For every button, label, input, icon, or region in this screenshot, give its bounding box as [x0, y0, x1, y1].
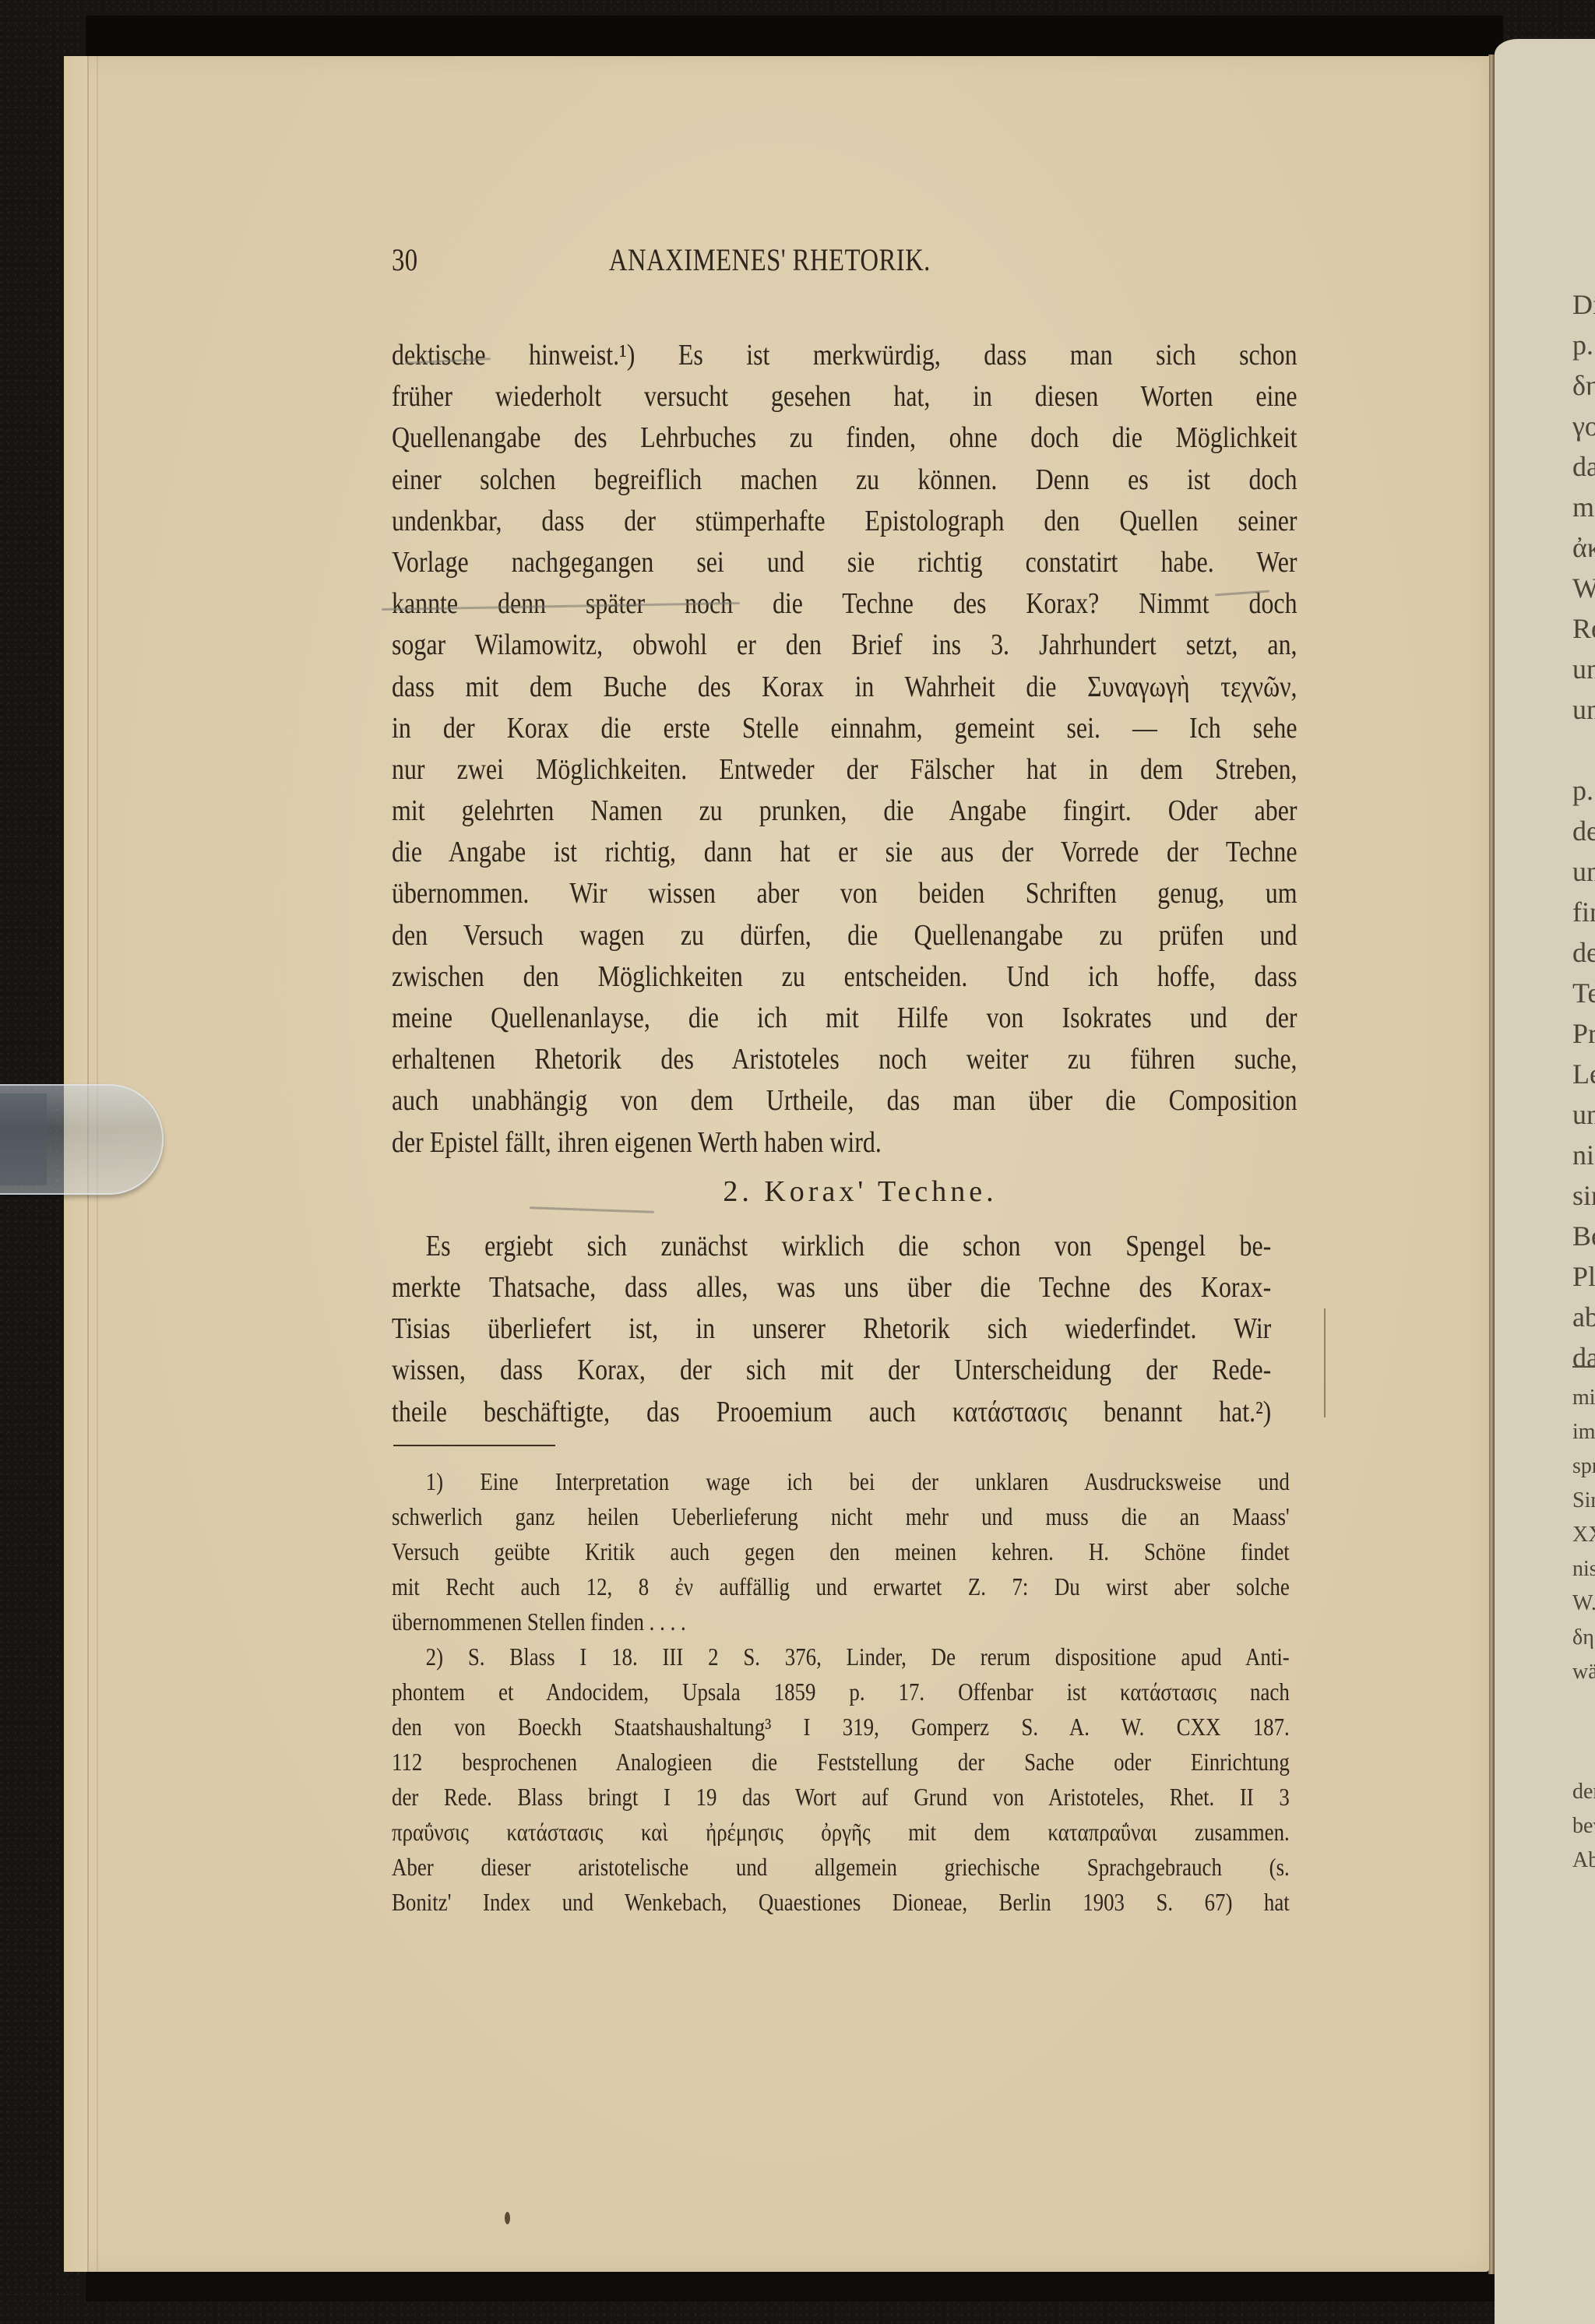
text-line: der Epistel fällt, ihren eigenen Werth h… [392, 1122, 1297, 1164]
next-page-footnote-fragment: spre [1572, 1454, 1595, 1479]
text-line: auch unabhängig von dem Urtheile, das ma… [392, 1080, 1297, 1122]
next-page-text-fragment: uns [1572, 653, 1595, 685]
text-line: meine Quellenanlayse, die ich mit Hilfe … [392, 998, 1297, 1039]
footnotes: 1) Eine Interpretation wage ich bei der … [392, 1464, 1297, 1920]
text-line: wissen, dass Korax, der sich mit der Unt… [392, 1350, 1271, 1391]
text-line: die Angabe ist richtig, dann hat er sie … [392, 832, 1297, 873]
text-line: dektische hinweist.¹) Es ist merkwürdig,… [392, 335, 1297, 376]
footnote-line: πραΰνσις κατάστασις καὶ ἠρέμησις ὀργῆς m… [392, 1815, 1290, 1850]
next-page-footnote-fragment: nisc [1572, 1557, 1595, 1582]
section-title: 2. Korax' Techne. [392, 1164, 1297, 1226]
next-page-text-fragment: We [1572, 572, 1595, 604]
text-line: in der Korax die erste Stelle einnahm, g… [392, 708, 1297, 749]
next-page-footnote-fragment: dern [1572, 1780, 1595, 1805]
next-page-edge: Dip.δηγοdasmitἀκWeReunsundp. 3denundfing… [1495, 39, 1595, 2324]
text-line: früher wiederholt versucht gesehen hat, … [392, 376, 1297, 417]
footnote-line: 2) S. Blass I 18. III 2 S. 376, Linder, … [392, 1639, 1290, 1674]
footnote-line: 1) Eine Interpretation wage ich bei der … [392, 1464, 1290, 1499]
footnote-line: phontem et Andocidem, Upsala 1859 p. 17.… [392, 1674, 1290, 1710]
next-page-text-fragment: Plat [1572, 1260, 1595, 1293]
paragraph-1: dektische hinweist.¹) Es ist merkwürdig,… [392, 335, 1297, 1164]
footnote-rule [393, 1445, 555, 1446]
text-line: Vorlage nachgegangen sei und sie richtig… [392, 542, 1297, 583]
next-page-text-fragment: γο [1572, 410, 1595, 442]
text-line: nur zwei Möglichkeiten. Entweder der Fäl… [392, 749, 1297, 791]
next-page-text-fragment: Di [1572, 288, 1595, 321]
book-bottom-shadow [86, 2270, 1565, 2301]
text-line: Quellenangabe des Lehrbuches zu finden, … [392, 417, 1297, 459]
running-head-title: ANAXIMENES' RHETORIK. [609, 241, 931, 278]
footnote-line: Bonitz' Index und Wenkebach, Quaestiones… [392, 1885, 1290, 1920]
page-content: 30 ANAXIMENES' RHETORIK. dektische hinwe… [392, 234, 1297, 280]
book-top-shadow [86, 16, 1503, 62]
text-line: mit gelehrten Namen zu prunken, die Anga… [392, 791, 1297, 832]
book-gutter [1488, 55, 1495, 2274]
next-page-footnote-fragment: XXV [1572, 1523, 1595, 1548]
next-page-text-fragment: den [1572, 936, 1595, 969]
text-line: zwischen den Möglichkeiten zu entscheide… [392, 956, 1297, 998]
next-page-text-fragment: fing [1572, 896, 1595, 928]
footnote-line: Versuch geübte Kritik auch gegen den mei… [392, 1534, 1290, 1569]
next-page-text-fragment: das [1572, 1341, 1595, 1374]
next-page-text-fragment: Pro [1572, 1017, 1595, 1050]
clip-shadow [0, 1093, 47, 1185]
next-page-footnote-fragment: im I [1572, 1420, 1595, 1445]
footnote-line: übernommenen Stellen finden . . . . [392, 1604, 1290, 1639]
body-text: dektische hinweist.¹) Es ist merkwürdig,… [392, 335, 1297, 1433]
text-line: erhaltenen Rhetorik des Aristoteles noch… [392, 1039, 1297, 1080]
next-page-text-fragment: mit [1572, 491, 1595, 523]
text-line: einer solchen begreiflich machen zu könn… [392, 460, 1297, 501]
footnote-line: der Rede. Blass bringt I 19 das Wort auf… [392, 1780, 1290, 1815]
text-line: dass mit dem Buche des Korax in Wahrheit… [392, 667, 1297, 708]
next-page-text-fragment: und [1572, 1098, 1595, 1131]
text-line: merkte Thatsache, dass alles, was uns üb… [392, 1267, 1271, 1308]
text-line: übernommen. Wir wissen aber von beiden S… [392, 873, 1297, 914]
ink-spot [505, 2212, 510, 2224]
next-page-text-fragment: δη [1572, 369, 1595, 402]
footnote-2: 2) S. Blass I 18. III 2 S. 376, Linder, … [392, 1639, 1297, 1920]
text-line: undenkbar, dass der stümperhafte Epistol… [392, 501, 1297, 542]
next-page-text-fragment: den [1572, 815, 1595, 847]
next-page-text-fragment: abe [1572, 1301, 1595, 1333]
next-page-footnote-fragment: mit [1572, 1386, 1595, 1410]
text-line: theile beschäftigte, das Prooemium auch … [392, 1392, 1271, 1433]
next-page-text-fragment: p. 3 [1572, 774, 1595, 807]
next-page-text-fragment: Leh [1572, 1058, 1595, 1090]
page-number: 30 [392, 241, 418, 278]
next-page-footnote-fragment: W. [1572, 1591, 1595, 1616]
next-page-footnote-fragment: bew [1572, 1814, 1595, 1839]
text-line: den Versuch wagen zu dürfen, die Quellen… [392, 915, 1297, 956]
next-page-text-fragment: ἀκ [1572, 531, 1595, 564]
page-clip-bookmark [0, 1084, 164, 1195]
next-page-footnote-fragment: Sinn [1572, 1488, 1595, 1513]
next-page-text-fragment: Re [1572, 612, 1595, 645]
text-line: Tisias überliefert ist, in unserer Rheto… [392, 1308, 1271, 1350]
next-page-footnote-fragment: wäre [1572, 1660, 1595, 1685]
next-page-footnote-fragment: Abh. [1572, 1848, 1595, 1873]
next-page-text-fragment: sind [1572, 1179, 1595, 1212]
next-page-footnote-fragment: δημ [1572, 1625, 1595, 1650]
footnote-line: den von Boeckh Staatshaushaltung³ I 319,… [392, 1710, 1290, 1745]
next-page-footnote-rule [1572, 1366, 1595, 1368]
next-page-text-fragment: und [1572, 693, 1595, 726]
paragraph-2: Es ergiebt sich zunächst wirklich die sc… [392, 1226, 1297, 1433]
text-line: kannte denn später noch die Techne des K… [392, 583, 1297, 625]
next-page-text-fragment: und [1572, 855, 1595, 888]
next-page-text-fragment: das [1572, 450, 1595, 483]
next-page-text-fragment: nisc [1572, 1139, 1595, 1171]
next-page-text-fragment: p. [1572, 329, 1593, 361]
footnote-line: 112 besprochenen Analogieen die Feststel… [392, 1745, 1290, 1780]
footnote-line: Aber dieser aristotelische und allgemein… [392, 1850, 1290, 1885]
next-page-text-fragment: Tet [1572, 977, 1595, 1009]
footnote-line: mit Recht auch 12, 8 ἐν auffällig und er… [392, 1569, 1290, 1604]
running-head: 30 ANAXIMENES' RHETORIK. [392, 234, 1297, 280]
next-page-text-fragment: Beis [1572, 1220, 1595, 1252]
text-line: sogar Wilamowitz, obwohl er den Brief in… [392, 625, 1297, 666]
footnote-1: 1) Eine Interpretation wage ich bei der … [392, 1464, 1297, 1639]
footnote-line: schwerlich ganz heilen Ueberlieferung ni… [392, 1499, 1290, 1534]
margin-pencil-line [1324, 1308, 1326, 1417]
text-line: Es ergiebt sich zunächst wirklich die sc… [392, 1226, 1271, 1267]
